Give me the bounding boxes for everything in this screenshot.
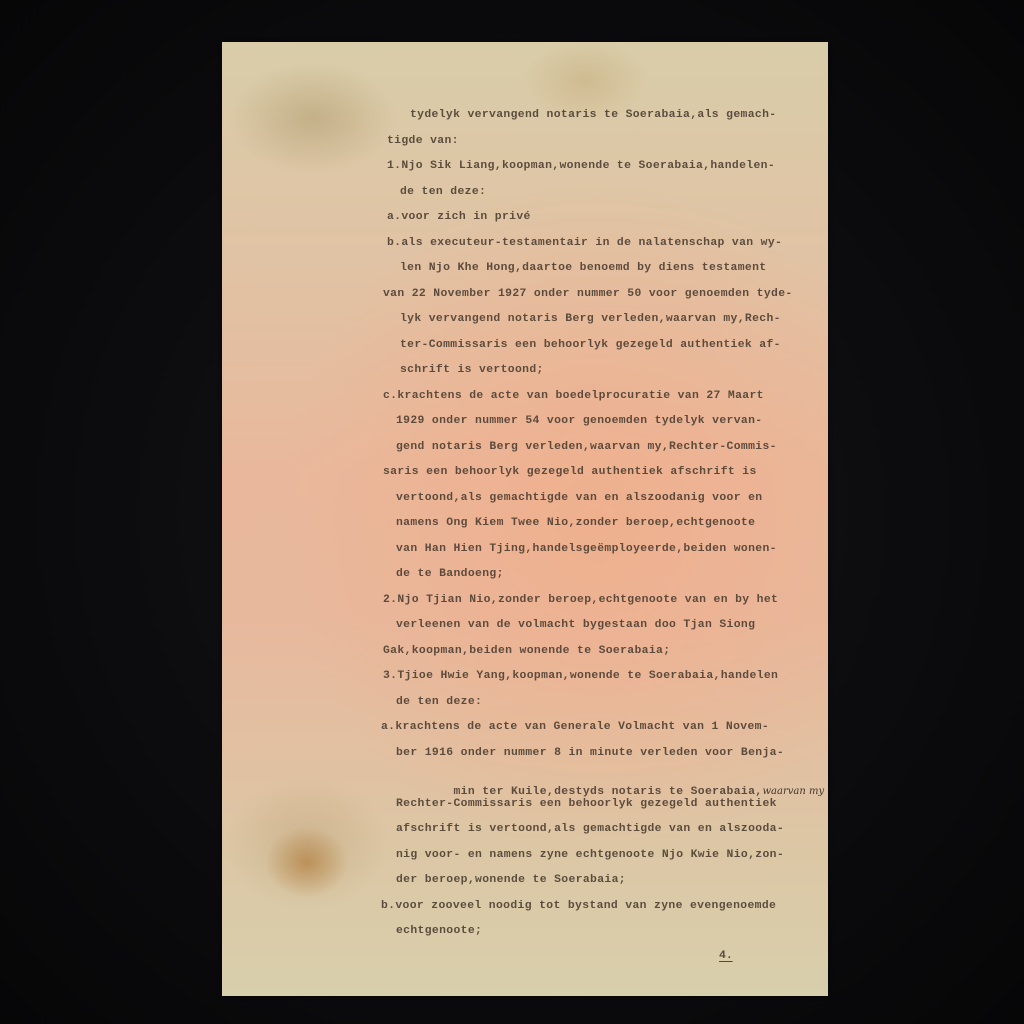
- text-line: van Han Hien Tjing,handelsgeëmployeerde,…: [396, 542, 777, 556]
- text-line: lyk vervangend notaris Berg verleden,waa…: [400, 312, 781, 326]
- text-line: Rechter-Commissaris een behoorlyk gezege…: [396, 797, 777, 811]
- text-line: gend notaris Berg verleden,waarvan my,Re…: [396, 440, 777, 454]
- text-line: van 22 November 1927 onder nummer 50 voo…: [383, 287, 793, 301]
- text-line: de ten deze:: [400, 185, 486, 199]
- text-line: ber 1916 onder nummer 8 in minute verled…: [396, 746, 784, 760]
- text-line: 1.Njo Sik Liang,koopman,wonende te Soera…: [387, 159, 775, 173]
- text-line: a.krachtens de acte van Generale Volmach…: [381, 720, 769, 734]
- text-line: 3.Tjioe Hwie Yang,koopman,wonende te Soe…: [383, 669, 778, 683]
- text-line: verleenen van de volmacht bygestaan doo …: [396, 618, 755, 632]
- text-line: echtgenoote;: [396, 924, 482, 938]
- text-line: tydelyk vervangend notaris te Soerabaia,…: [410, 108, 776, 122]
- page-number: 4.: [719, 950, 733, 962]
- text-line: Gak,koopman,beiden wonende te Soerabaia;: [383, 644, 670, 658]
- text-line: der beroep,wonende te Soerabaia;: [396, 873, 626, 887]
- text-line: 1929 onder nummer 54 voor genoemden tyde…: [396, 414, 762, 428]
- scan-background: tydelyk vervangend notaris te Soerabaia,…: [0, 0, 1024, 1024]
- text-line: saris een behoorlyk gezegeld authentiek …: [383, 465, 757, 479]
- text-line: c.krachtens de acte van boedelprocuratie…: [383, 389, 764, 403]
- text-line: tigde van:: [387, 134, 459, 148]
- text-line: nig voor- en namens zyne echtgenoote Njo…: [396, 848, 784, 862]
- text-line: de te Bandoeng;: [396, 567, 504, 581]
- document-page: tydelyk vervangend notaris te Soerabaia,…: [222, 42, 828, 996]
- text-line: namens Ong Kiem Twee Nio,zonder beroep,e…: [396, 516, 755, 530]
- text-line: b.voor zooveel noodig tot bystand van zy…: [381, 899, 776, 913]
- text-line: len Njo Khe Hong,daartoe benoemd by dien…: [400, 261, 766, 275]
- text-line: 2.Njo Tjian Nio,zonder beroep,echtgenoot…: [383, 593, 778, 607]
- text-line: vertoond,als gemachtigde van en alszooda…: [396, 491, 762, 505]
- text-line: ter-Commissaris een behoorlyk gezegeld a…: [400, 338, 781, 352]
- text-line: a.voor zich in privé: [387, 210, 531, 224]
- text-line: de ten deze:: [396, 695, 482, 709]
- handwritten-annotation: waarvan my: [762, 786, 824, 797]
- text-line: afschrift is vertoond,als gemachtigde va…: [396, 822, 784, 836]
- text-line: schrift is vertoond;: [400, 363, 544, 377]
- text-line: b.als executeur-testamentair in de nalat…: [387, 236, 782, 250]
